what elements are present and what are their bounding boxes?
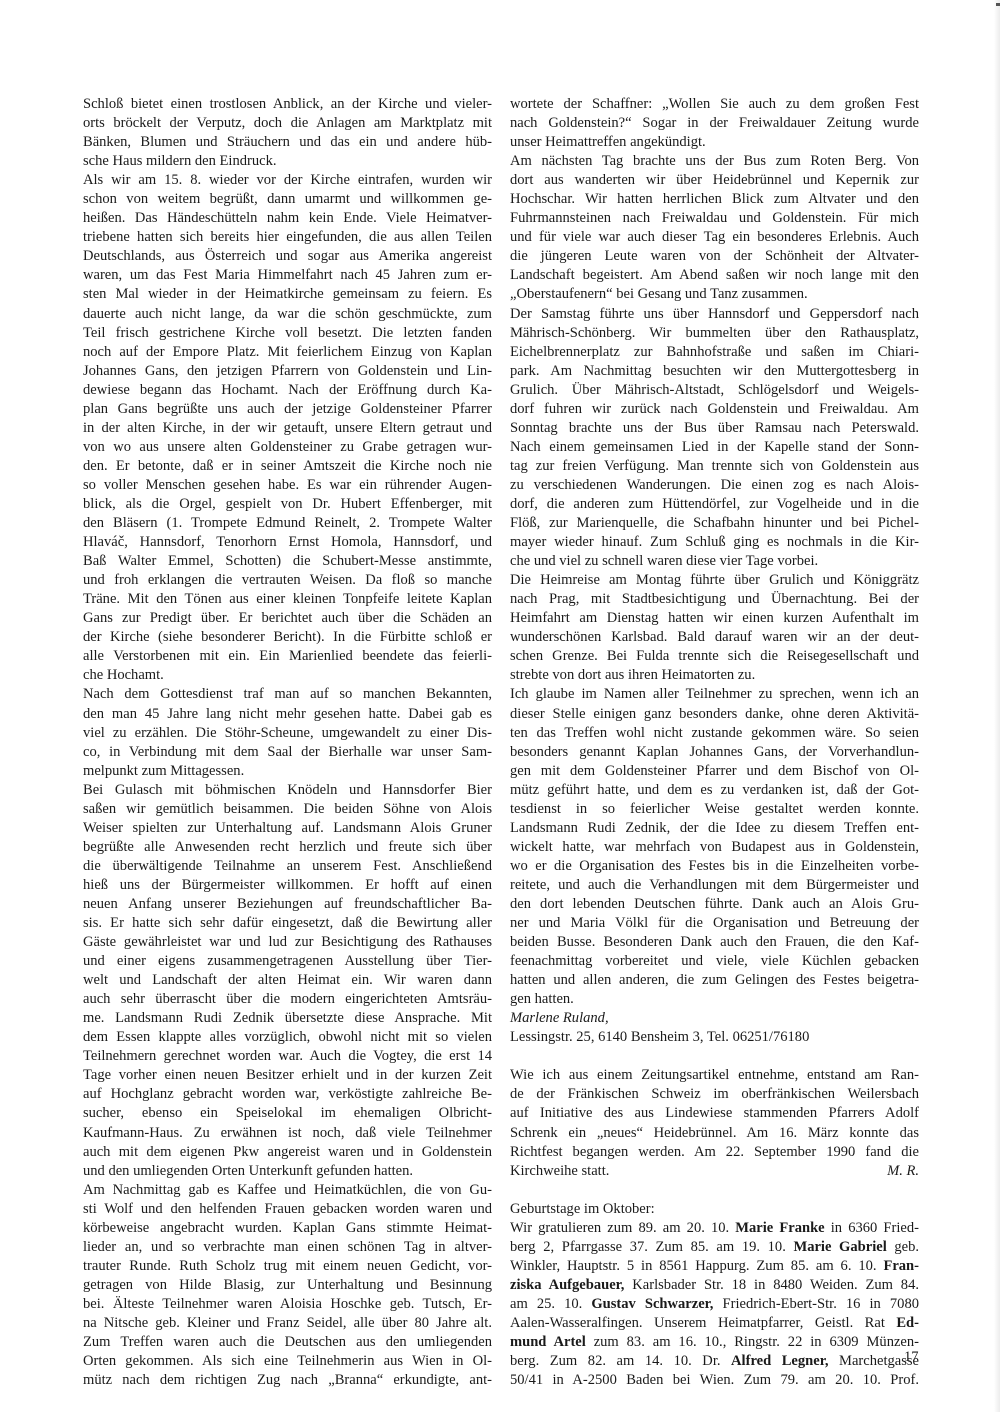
text-line: Flöß, zur Marienquelle, die Schafbahn hi…	[510, 514, 919, 533]
text-line: Teilnehmern gerechnet worden war. Auch d…	[83, 1047, 492, 1066]
text-line: den Bläsern (1. Trompete Edmund Reinelt,…	[83, 514, 492, 533]
text-line: welt und Landschaft der alten Heimat ein…	[83, 971, 492, 990]
birthday-person-name: ziska Aufgebauer,	[510, 1277, 624, 1293]
text-line: strebte von dort aus ihren Heimatorten z…	[510, 666, 919, 685]
text-line: hieß uns der Bürgermeister willkommen. E…	[83, 876, 492, 895]
report-text-right: wortete der Schaffner: „Wollen Sie auch …	[510, 95, 919, 1009]
text-line: Zum Treffen waren auch die Deutschen aus…	[83, 1333, 492, 1352]
text-line: Die Heimreise am Montag führte über Grul…	[510, 571, 919, 590]
text-line: Als wir am 15. 8. wieder vor der Kirche …	[83, 171, 492, 190]
report-text-left: Schloß bietet einen trostlosen Anblick, …	[83, 95, 492, 1390]
text-line: Am nächsten Tag brachte uns der Bus zum …	[510, 152, 919, 171]
birthday-line: Winkler, Hauptstr. 5 in 8561 Happurg. Zu…	[510, 1257, 919, 1276]
text-line: Fuhrmannsteinen nach Freiwaldau und Gold…	[510, 209, 919, 228]
text-line: alle Verstorbenen mit ein. Ein Marienlie…	[83, 647, 492, 666]
page-number: 17	[904, 1349, 919, 1366]
birthday-line: ziska Aufgebauer, Karlsbader Str. 18 in …	[510, 1276, 919, 1295]
text-line: gen hatten.	[510, 990, 919, 1009]
text-line: dorf, die anderen zum Hüttendörfel, zur …	[510, 495, 919, 514]
text-line: und einer eigens zusammengetragenen Auss…	[83, 952, 492, 971]
text-line: Tage vorher einen neuen Besitzer erhielt…	[83, 1066, 492, 1085]
text-line: Bei Gulasch mit böhmischen Knödeln und H…	[83, 781, 492, 800]
text-line: die jüngeren Leute waren von der Schönhe…	[510, 247, 919, 266]
text-line: Nach dem Gottesdienst traf man auf so ma…	[83, 685, 492, 704]
text-line: dorf fuhren wir zurück nach Goldenstein …	[510, 400, 919, 419]
right-column: wortete der Schaffner: „Wollen Sie auch …	[510, 95, 919, 1390]
text-line: zu verschiedenen Wanderungen. Die einen …	[510, 476, 919, 495]
text-line: melpunkt zum Mittagessen.	[83, 762, 492, 781]
text-line: triebene hatten sich bereits hier eingef…	[83, 228, 492, 247]
text-line: Am Nachmittag gab es Kaffee und Heimatkü…	[83, 1181, 492, 1200]
text-line: sche Haus mildern den Eindruck.	[83, 152, 492, 171]
birthday-person-name: Marie Franke	[735, 1220, 824, 1236]
text-line: den. Er betonte, daß er in seiner Amtsze…	[83, 457, 492, 476]
text-line: schen Grenze. Bei Fulda trennte sich die…	[510, 647, 919, 666]
text-line: feenachmittag vorbereitet und viele, vie…	[510, 952, 919, 971]
text-line: schon von weitem begrüßt, dann umarmt un…	[83, 190, 492, 209]
text-line: co, in Verbindung mit dem Saal der Bierh…	[83, 743, 492, 762]
text-line: Wie ich aus einem Zeitungsartikel entneh…	[510, 1066, 919, 1085]
text-line: sten Mal wieder in der Heimatkirche geme…	[83, 285, 492, 304]
text-line: dort aus wanderten wir über Heidebrünnel…	[510, 171, 919, 190]
text-line: che Hochamt.	[83, 666, 492, 685]
text-line: ner und Maria Völkl für die Organisation…	[510, 914, 919, 933]
text-line: Weiser spielten zur Unterhaltung auf. La…	[83, 819, 492, 838]
birthday-line: 50/41 in A-2500 Baden bei Wien. Zum 79. …	[510, 1371, 919, 1390]
text-line: Johannes Gans, den jetzigen Pfarrern von…	[83, 362, 492, 381]
text-line: sucher, ebenso ein Speiselokal im ehemal…	[83, 1104, 492, 1123]
birthday-line: berg. Zum 82. am 14. 10. Dr. Alfred Legn…	[510, 1352, 919, 1371]
author-name: Marlene Ruland,	[510, 1009, 919, 1028]
text-line: na Nitsche geb. Kleiner und Franz Seidel…	[83, 1314, 492, 1333]
text-line: Kaufmann-Haus. Zu erwähnen ist noch, daß…	[83, 1124, 492, 1143]
text-line: Nach einem gemeinsamen Lied in der Kapel…	[510, 438, 919, 457]
birthday-person-name: mund Artel	[510, 1334, 586, 1350]
text-line: dem Essen klappte alles vorzüglich, obwo…	[83, 1028, 492, 1047]
text-line: Ich glaube im Namen aller Teilnehmer zu …	[510, 685, 919, 704]
text-line: so voller Menschen gesehen habe. Es war …	[83, 476, 492, 495]
birthday-line: mund Artel zum 83. am 16. 10., Ringstr. …	[510, 1333, 919, 1352]
text-line: auch sehr überrascht über die modern ein…	[83, 990, 492, 1009]
text-line: Richtfest begangen werden. Am 22. Septem…	[510, 1143, 919, 1162]
text-line: wunderschönen Karlsbad. Bald darauf ware…	[510, 628, 919, 647]
text-line: die überwältigende Teilnahme an unserem …	[83, 857, 492, 876]
text-line: wo er die Organisation des Festes bis in…	[510, 857, 919, 876]
text-line: noch auf der Empore Platz. Mit feierlich…	[83, 343, 492, 362]
text-line: den man 45 Jahre lang nicht mehr gesehen…	[83, 705, 492, 724]
text-line: waren, um das Fest Maria Himmelfahrt nac…	[83, 266, 492, 285]
text-line: orts bröckelt der Verputz, doch die Anla…	[83, 114, 492, 133]
text-line: beiden Busse. Besonderen Dank auch den F…	[510, 933, 919, 952]
text-line: tesdienst in so feierlicher Weise gestal…	[510, 800, 919, 819]
text-line: Bänken, Blumen und Sträuchern und das ei…	[83, 133, 492, 152]
text-line: Teil frisch gestrichene Kirche voll bese…	[83, 324, 492, 343]
birthday-line: berg 2, Pfarrgasse 37. Zum 85. am 19. 10…	[510, 1238, 919, 1257]
article-signature: M. R.	[887, 1162, 919, 1181]
text-line: Eichelbrennerplatz zur Bahnhofstraße und…	[510, 343, 919, 362]
text-line: de der Fränkischen Schweiz im oberfränki…	[510, 1085, 919, 1104]
text-line: dewiese begann das Hochamt. Nach der Erö…	[83, 381, 492, 400]
text-line: hatten und allen anderen, die zum Geling…	[510, 971, 919, 990]
text-line: tag zur freien Verfügung. Man trennte si…	[510, 457, 919, 476]
text-line: Hlaváč, Hannsdorf, Tenorhorn Ernst Homol…	[83, 533, 492, 552]
text-line: neuen Anfang unserer Beziehungen auf fre…	[83, 895, 492, 914]
birthday-person-name: Fran-	[883, 1258, 919, 1274]
text-line: mayer wieder hinauf. Zum Schluß ging es …	[510, 533, 919, 552]
text-line: me. Landsmann Rudi Zednik übersetzte die…	[83, 1009, 492, 1028]
text-line: den dort lebenden Deutschen führte. Dank…	[510, 895, 919, 914]
text-line: dauerte auch nicht lange, da war die sch…	[83, 305, 492, 324]
birthdays-heading: Geburtstage im Oktober:	[510, 1200, 919, 1219]
text-line: nach Prag, mit Stadtbesichtigung und Übe…	[510, 590, 919, 609]
text-line: gen mit dem Goldensteiner Pfarrer und de…	[510, 762, 919, 781]
text-line: Schloß bietet einen trostlosen Anblick, …	[83, 95, 492, 114]
birthday-person-name: Gustav Schwarzer,	[591, 1296, 713, 1312]
text-line: heißen. Das Händeschütteln nahm kein End…	[83, 209, 492, 228]
text-line: Orten gekommen. Als sich eine Teilnehmer…	[83, 1352, 492, 1371]
birthday-line: am 25. 10. Gustav Schwarzer, Friedrich-E…	[510, 1295, 919, 1314]
text-line: mütz nach dem richtigen Zug nach „Branna…	[83, 1371, 492, 1390]
text-line: Baß Walter Emmel, Schotten) die Schubert…	[83, 552, 492, 571]
scan-edge-shadow	[994, 0, 1000, 1412]
text-line: besonders genannt Kaplan Johannes Gans, …	[510, 743, 919, 762]
text-line: lieder an, und so verbrachte man einen s…	[83, 1238, 492, 1257]
text-line: begrüßte alle Anwesenden recht herzlich …	[83, 838, 492, 857]
scan-edge-mark	[996, 3, 1000, 6]
text-line: und für viele war auch dieser Tag ein be…	[510, 228, 919, 247]
birthday-person-name: Alfred Legner,	[731, 1353, 828, 1369]
text-line: „Oberstaufenern“ bei Gesang und Tanz zus…	[510, 285, 919, 304]
text-line: dieser Stelle einigen ganz besonders dan…	[510, 705, 919, 724]
birthdays-list: Wir gratulieren zum 89. am 20. 10. Marie…	[510, 1219, 919, 1390]
text-line: wickelt hatte, war mehrfach von Budapest…	[510, 838, 919, 857]
text-line: Der Samstag führte uns über Hannsdorf un…	[510, 305, 919, 324]
text-line: Schrenk ein „neues“ Heidebrünnel. Am 16.…	[510, 1124, 919, 1143]
text-line: und den umliegenden Orten Unterkunft gef…	[83, 1162, 492, 1181]
text-line: körbeweise angebracht wurden. Kaplan Gan…	[83, 1219, 492, 1238]
text-line: Mährisch-Schönberg. Wir bummelten über d…	[510, 324, 919, 343]
text-line: der Kirche (siehe besonderer Bericht). I…	[83, 628, 492, 647]
author-address: Lessingstr. 25, 6140 Bensheim 3, Tel. 06…	[510, 1028, 919, 1047]
text-line: mütz geführt hatte, und dem es zu verdan…	[510, 781, 919, 800]
text-line: Hochschar. Wir hatten herrlichen Blick z…	[510, 190, 919, 209]
text-line: sis. Er hatte sich sehr dafür eingesetzt…	[83, 914, 492, 933]
text-line: getragen von Hilde Blasig, zur Unterhalt…	[83, 1276, 492, 1295]
text-line: in der alten Kirche, in der wir getauft,…	[83, 419, 492, 438]
text-line: bei. Älteste Teilnehmer waren Aloisia Ho…	[83, 1295, 492, 1314]
text-line: Landsmann Rudi Zednik, der die Idee zu d…	[510, 819, 919, 838]
birthday-line: Aalen-Wasseralfingen. Unserem Heimatpfar…	[510, 1314, 919, 1333]
birthday-line: Wir gratulieren zum 89. am 20. 10. Marie…	[510, 1219, 919, 1238]
text-line: ten das Treffen wohl nicht zustande geko…	[510, 724, 919, 743]
birthday-person-name: Ed-	[896, 1315, 919, 1331]
text-line: reitete, und auch die Verhandlungen mit …	[510, 876, 919, 895]
text-line: Heimfahrt am Dienstag hatten wir einen k…	[510, 609, 919, 628]
text-line: saßen wir gemütlich beisammen. Die beide…	[83, 800, 492, 819]
text-line: auf Hochglanz gebracht worden war, verkö…	[83, 1085, 492, 1104]
text-line: plan Gans begrüßte uns auch der jetzige …	[83, 400, 492, 419]
text-line: von wo aus unsere alten Goldensteiner zu…	[83, 438, 492, 457]
text-line: Träne. Mit den Tönen aus einer kleinen T…	[83, 590, 492, 609]
text-line: sti Wolf und den helfenden Frauen geback…	[83, 1200, 492, 1219]
heidebruennel-article: Wie ich aus einem Zeitungsartikel entneh…	[510, 1066, 919, 1180]
text-line: Gäste gewährleistet war und lud zur Besi…	[83, 933, 492, 952]
text-line: Grulich. Über Mährisch-Altstadt, Schlöge…	[510, 381, 919, 400]
text-line: Landschaft begeistert. Am Abend saßen wi…	[510, 266, 919, 285]
text-line: park. Am Nachmittag besuchten wir den Mu…	[510, 362, 919, 381]
text-line: trauter Runde. Ruth Scholz trug mit eine…	[83, 1257, 492, 1276]
text-line: blick, als die Orgel, gespielt von Dr. H…	[83, 495, 492, 514]
text-line: nach Goldenstein?“ Sogar in der Freiwald…	[510, 114, 919, 133]
text-line: Deutschlands, aus Österreich und sogar a…	[83, 247, 492, 266]
left-column: Schloß bietet einen trostlosen Anblick, …	[83, 95, 492, 1390]
spacer	[510, 1047, 919, 1066]
text-line: auf Initiative des aus Lindewiese stamme…	[510, 1104, 919, 1123]
text-line: Sonntag brachte uns der Bus über Ramsau …	[510, 419, 919, 438]
birthday-person-name: Marie Gabriel	[793, 1239, 886, 1255]
text-line: wortete der Schaffner: „Wollen Sie auch …	[510, 95, 919, 114]
text-line: und froh erklangen die vertrauten Weisen…	[83, 571, 492, 590]
text-line: auch mit dem eigenen Pkw angereist waren…	[83, 1143, 492, 1162]
text-line: viel zu erzählen. Die Stöhr-Scheune, umg…	[83, 724, 492, 743]
text-line: Kirchweihe statt.M. R.	[510, 1162, 919, 1181]
text-line: unser Heimattreffen angekündigt.	[510, 133, 919, 152]
text-line: Gans zur Predigt über. Er berichtet auch…	[83, 609, 492, 628]
spacer	[510, 1181, 919, 1200]
text-line: che und viel zu schnell waren diese vier…	[510, 552, 919, 571]
